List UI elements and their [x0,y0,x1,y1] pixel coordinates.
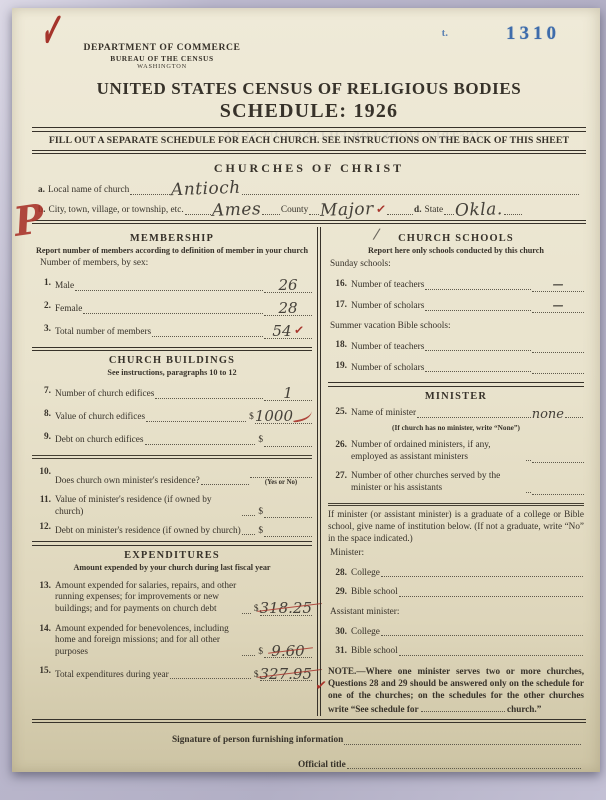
row-minister-bible-school: 29. Bible school [328,587,584,599]
row-label: Number of scholars [351,363,424,375]
two-column-body: MEMBERSHIP Report number of members acco… [32,227,586,715]
row-label: Number of church edifices [55,389,154,401]
dollar-sign: $ [254,604,259,616]
vacation-schools-label: Summer vacation Bible schools: [330,321,584,333]
answer-line: — [532,300,584,313]
dotted-line [381,574,583,577]
handwritten-city: Ames [211,199,261,222]
answer-line: 26 [264,278,312,293]
answer-stack: (Yes or No) [250,467,312,487]
row-minister-college: 28. College [328,568,584,580]
row-number: 30. [328,627,347,639]
official-title-label: Official title [298,760,346,772]
yes-or-no-hint: (Yes or No) [250,479,312,487]
bureau-name: BUREAU OF THE CENSUS [72,54,252,63]
row-number: 12. [32,522,51,534]
row-number: 1. [32,278,51,290]
handwritten-edifices-value: 1000 [255,407,293,426]
row-label: Value of church edifices [55,412,145,424]
assistant-group-label: Assistant minister: [330,607,584,619]
agency-block: DEPARTMENT OF COMMERCE BUREAU OF THE CEN… [72,42,252,71]
row-edifices-debt: 9. Debt on church edifices $ [32,432,312,447]
dotted-line [526,458,531,461]
dotted-line [417,415,531,418]
official-title-line [347,766,581,769]
handwritten-state: Okla. [455,199,503,222]
membership-intro: Number of members, by sex: [40,258,312,270]
double-rule [32,127,586,131]
membership-subheading: Report number of members according to de… [32,246,312,256]
county-label: County [281,205,308,217]
dotted-line [145,442,256,445]
row-label: Number of teachers [351,280,424,292]
dotted-line [242,611,251,614]
row-sunday-teachers: 16. Number of teachers — [328,279,584,292]
double-rule [32,347,312,351]
answer-line-blank [264,522,312,537]
row-number: 7. [32,386,51,398]
row-expenses-benevolences: 14. Amount expended for benevolences, in… [32,624,312,659]
dotted-line [242,192,579,195]
dotted-line [444,212,454,215]
row-label: Female [55,304,82,316]
row-number: 28. [328,568,347,580]
field-a-label: Local name of church [48,185,129,197]
row-number: 18. [328,340,347,352]
dollar-sign: $ [258,507,263,519]
double-rule [32,220,586,224]
dotted-line [146,419,246,422]
handwritten-dash: — [553,299,564,313]
dotted-line [425,287,531,290]
row-label: Amount expended for benevolences, includ… [55,624,241,659]
dotted-line [152,334,263,337]
dotted-line [170,676,251,679]
row-label: Name of minister [351,408,416,420]
form-title: UNITED STATES CENSUS OF RELIGIOUS BODIES [32,78,586,99]
dotted-line [75,288,263,291]
row-label: Bible school [351,587,398,599]
answer-line: 318.25 [260,601,313,616]
row-number: 15. [32,666,51,678]
census-form-page: INSTRUCTIONS FOR FILLING OUT SCHE ✓ t. 1… [12,8,600,772]
row-number: 3. [32,324,51,336]
sunday-schools-label: Sunday schools: [330,259,584,271]
answer-line: 1 [264,386,312,401]
dotted-line [242,532,255,535]
form-subtitle: SCHEDULE: 1926 [32,99,586,124]
answer-line-blank [532,482,584,495]
row-label: Does church own minister's residence? [55,476,200,488]
dotted-line [201,482,249,485]
serial-number-stamp: 1310 [506,22,560,46]
row-number: 16. [328,279,347,291]
dotted-line [399,653,583,656]
row-label: College [351,568,380,580]
row-label: Debt on church edifices [55,435,144,447]
schools-heading-text: CHURCH SCHOOLS [398,233,514,244]
note-text-suffix: church.” [507,704,541,714]
field-local-name: a. Local name of church Antioch [38,179,580,196]
row-number: 9. [32,432,51,444]
row-label: Amount expended for salaries, repairs, a… [55,581,241,616]
field-city-county-state: b. City, town, village, or township, etc… [38,200,580,217]
graduate-instructions: If minister (or assistant minister) is a… [328,509,584,545]
row-owns-residence: 10. Does church own minister's residence… [32,467,312,487]
agency-city: WASHINGTON [72,63,252,71]
row-number: 8. [32,409,51,421]
official-title-row: Official title [298,760,582,772]
blue-ink-mark: t. [442,27,448,41]
signature-label: Signature of person furnishing informati… [172,735,343,747]
answer-line-blank [532,340,584,353]
thin-rule [328,503,584,507]
dollar-sign: $ [258,647,263,659]
photo-background: { "colors": {"stamp_blue":"#2f62a8","aud… [0,0,606,800]
handwritten-county: Major [320,199,374,222]
row-number: 19. [328,361,347,373]
membership-heading: MEMBERSHIP [32,232,312,245]
row-label: Value of minister's residence (if owned … [55,495,241,518]
dotted-line [425,308,531,311]
row-vacation-teachers: 18. Number of teachers [328,340,584,353]
agency-name: DEPARTMENT OF COMMERCE [72,42,252,54]
answer-line-blank [264,503,312,518]
answer-line: 28 [264,301,312,316]
answer-line-blank [264,432,312,447]
minister-heading: MINISTER [328,390,584,403]
state-label: State [425,205,444,217]
handwritten-total-amount: 327.95 [260,665,313,684]
dollar-sign: $ [258,435,263,447]
handwritten-minister-name: none [532,407,564,423]
handwritten-male-count: 26 [278,276,297,295]
row-label: Bible school [351,646,398,658]
answer-line: 327.95 [260,666,313,681]
row-total-expenditures: 15. Total expenditures during year $ 327… [32,666,312,681]
row-ordained-ministers: 26. Number of ordained ministers, if any… [328,440,584,463]
row-number: 10. [32,467,51,479]
schools-heading: / CHURCH SCHOOLS [328,232,584,245]
handwritten-female-count: 28 [278,299,297,318]
red-checkmark-note: ✓ [314,677,328,697]
row-residence-debt: 12. Debt on minister's residence (if own… [32,522,312,537]
dotted-line [242,653,255,656]
handwritten-benevolences-amount: 9.60 [271,642,304,661]
dollar-sign: $ [249,412,254,424]
expenditures-subheading: Amount expended by your church during la… [32,563,312,573]
row-total-members: 3. Total number of members 54✓ [32,324,312,339]
row-number: 13. [32,581,51,593]
row-number: 2. [32,301,51,313]
schools-subheading: Report here only schools conducted by th… [328,246,584,256]
dotted-line [425,369,531,372]
row-label: Total number of members [55,327,151,339]
row-number: 26. [328,440,347,452]
red-checkmark-county: ✓ [375,201,387,217]
field-d-number: d. [414,205,422,217]
handwritten-edifices-count: 1 [283,384,293,403]
dotted-line [526,490,531,493]
row-number: 27. [328,471,347,483]
handwritten-salaries-amount: 318.25 [260,599,313,618]
instruction-banner: FILL OUT A SEPARATE SCHEDULE FOR EACH CH… [32,135,586,147]
red-checkmark-total: ✓ [293,322,305,338]
left-column: MEMBERSHIP Report number of members acco… [32,227,318,715]
signature-line [344,742,581,745]
denomination-heading: CHURCHES OF CHRIST [32,161,586,176]
right-column: / CHURCH SCHOOLS Report here only school… [320,227,586,715]
row-assistant-bible-school: 31. Bible school [328,646,584,658]
row-edifices-count: 7. Number of church edifices 1 [32,386,312,401]
note-paragraph: ✓ NOTE.—Where one minister serves two or… [328,666,584,716]
row-label: Number of teachers [351,342,424,354]
handwritten-dash: — [553,278,564,292]
row-sunday-scholars: 17. Number of scholars — [328,300,584,313]
dollar-sign: $ [254,670,259,682]
row-edifices-value: 8. Value of church edifices $ 1000 [32,409,312,424]
answer-line-blank [532,361,584,374]
note-blank-line [421,702,505,712]
handwritten-church-name: Antioch [171,178,241,202]
dotted-line [399,594,583,597]
dotted-line [387,212,413,215]
dotted-line [504,212,522,215]
answer-line: — [532,279,584,292]
row-label: Total expenditures during year [55,670,169,682]
row-label: Number of other churches served by the m… [351,471,525,494]
row-residence-value: 11. Value of minister's residence (if ow… [32,495,312,518]
expenditures-heading: EXPENDITURES [32,549,312,562]
row-number: 29. [328,587,347,599]
buildings-heading: CHURCH BUILDINGS [32,354,312,367]
double-rule [328,382,584,386]
dotted-line [565,415,583,418]
row-label: Number of scholars [351,301,424,313]
double-rule [32,541,312,545]
answer-line: 9.60 [264,643,312,658]
row-number: 11. [32,495,51,507]
row-label: College [351,627,380,639]
row-minister-name: 25. Name of minister none [328,407,584,420]
dotted-line [155,396,263,399]
row-number: 31. [328,646,347,658]
signature-row: Signature of person furnishing informati… [172,735,582,747]
row-label: Male [55,281,74,293]
field-b-label: City, town, village, or township, etc. [49,205,184,217]
row-number: 14. [32,624,51,636]
dollar-sign: $ [258,526,263,538]
minister-name-hint: (If church has no minister, write “None”… [328,423,584,432]
red-checkmark-value [291,408,313,423]
answer-line: 1000 [255,409,312,424]
minister-group-label: Minister: [330,548,584,560]
dotted-line [185,212,211,215]
dotted-line [130,192,170,195]
row-number: 25. [328,407,347,419]
answer-line: 54✓ [264,324,312,339]
row-female: 2. Female 28 [32,301,312,316]
row-number: 17. [328,300,347,312]
handwritten-total-count: 54 [272,322,291,341]
answer-line-blank [250,467,312,478]
dotted-line [381,633,583,636]
answer-line-blank [532,450,584,463]
row-assistant-college: 30. College [328,627,584,639]
double-rule [32,719,586,723]
row-other-churches: 27. Number of other churches served by t… [328,471,584,494]
dotted-line [83,311,263,314]
red-checkmark-top-left: ✓ [38,8,66,66]
dotted-line [425,348,531,351]
buildings-subheading: See instructions, paragraphs 10 to 12 [32,368,312,378]
double-rule [32,150,586,154]
pencil-slash-mark: / [372,225,383,245]
thin-rule [32,455,312,459]
dotted-line [309,212,319,215]
row-label: Number of ordained ministers, if any, em… [351,440,525,463]
dotted-line [242,513,255,516]
row-label: Debt on minister's residence (if owned b… [55,526,241,538]
row-vacation-scholars: 19. Number of scholars [328,361,584,374]
row-male: 1. Male 26 [32,278,312,293]
dotted-line [262,212,280,215]
row-expenses-salaries: 13. Amount expended for salaries, repair… [32,581,312,616]
